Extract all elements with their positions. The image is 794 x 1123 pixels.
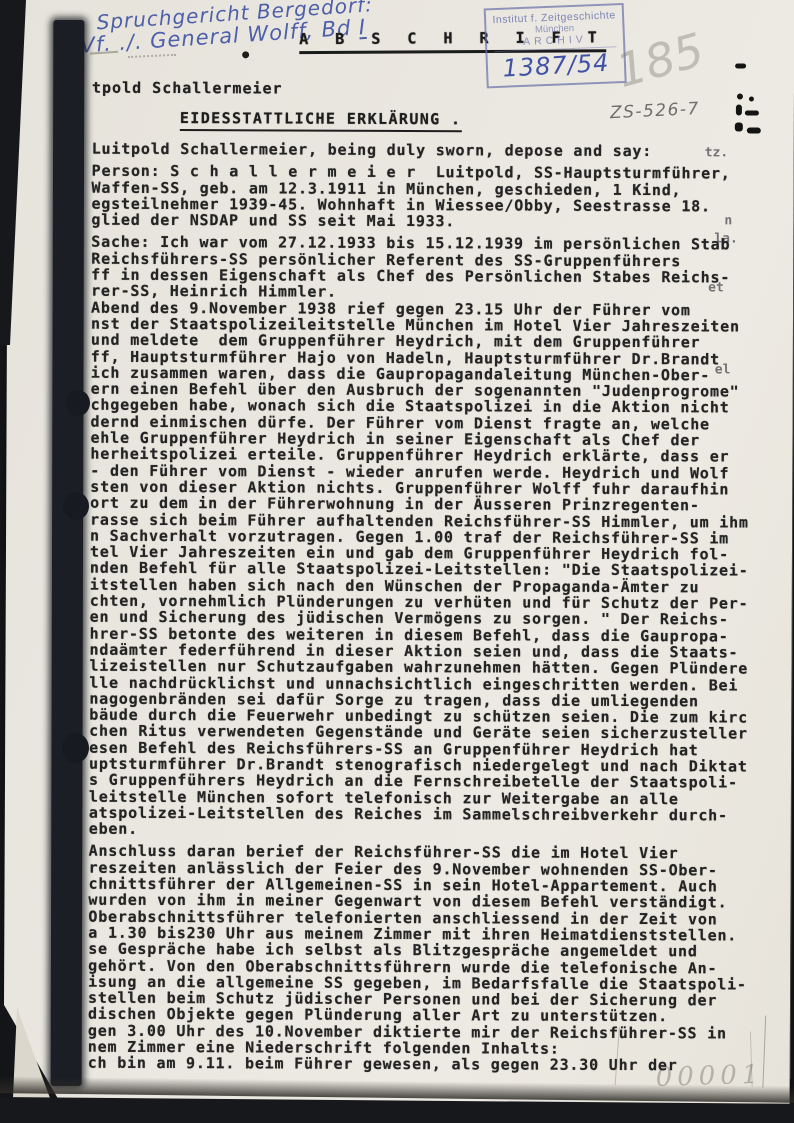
ink-blot	[749, 97, 754, 102]
punch-hole-mark	[66, 390, 90, 416]
ink-blot	[735, 122, 743, 131]
author-name-line: tpold Schallermeier	[92, 79, 283, 98]
body-line: Luitpold Schallermeier, being duly sworn…	[92, 141, 782, 160]
punch-hole-mark	[62, 733, 89, 763]
pencil-page-number: 185	[610, 22, 709, 98]
ink-dot	[242, 51, 249, 58]
scanned-document-page: Spruchgericht Bergedorf: Vf. ./. General…	[0, 0, 794, 1123]
binding-shadow-band	[51, 20, 85, 1086]
paragraph: Person: S c h a l l e r m e i e r Luitpo…	[91, 163, 781, 231]
page-crease	[790, 24, 794, 1079]
body-text: Luitpold Schallermeier, being duly sworn…	[88, 141, 782, 1075]
paragraph: Sache: Ich war vom 27.12.1933 bis 15.12.…	[89, 234, 782, 840]
ink-blot	[737, 93, 743, 99]
document-title: EIDESSTATTLICHE ERKLÄRUNG .	[180, 109, 462, 132]
body-line: atspolizei-Leitstellen des Reiches im Sa…	[89, 805, 779, 824]
paper-sheet: Spruchgericht Bergedorf: Vf. ./. General…	[4, 0, 794, 1104]
archive-stamp: Institut f. Zeitgeschichte München ARCHI…	[484, 3, 627, 88]
ink-blot	[736, 104, 742, 115]
ink-blot	[735, 63, 746, 68]
stamp-handwritten-number: 1387/54	[487, 48, 624, 84]
punch-hole-mark	[63, 492, 89, 520]
pencil-scribble-dots	[128, 54, 176, 58]
body-line: ch bin am 9.11. beim Führer gewesen, als…	[88, 1055, 778, 1074]
paragraph: Anschluss daran berief der Reichsführer-…	[88, 843, 779, 1074]
pencil-reference-number: ZS-526-7	[609, 99, 700, 123]
ink-blot	[745, 111, 759, 116]
ink-blot	[747, 128, 761, 134]
paragraph: Luitpold Schallermeier, being duly sworn…	[92, 141, 782, 160]
